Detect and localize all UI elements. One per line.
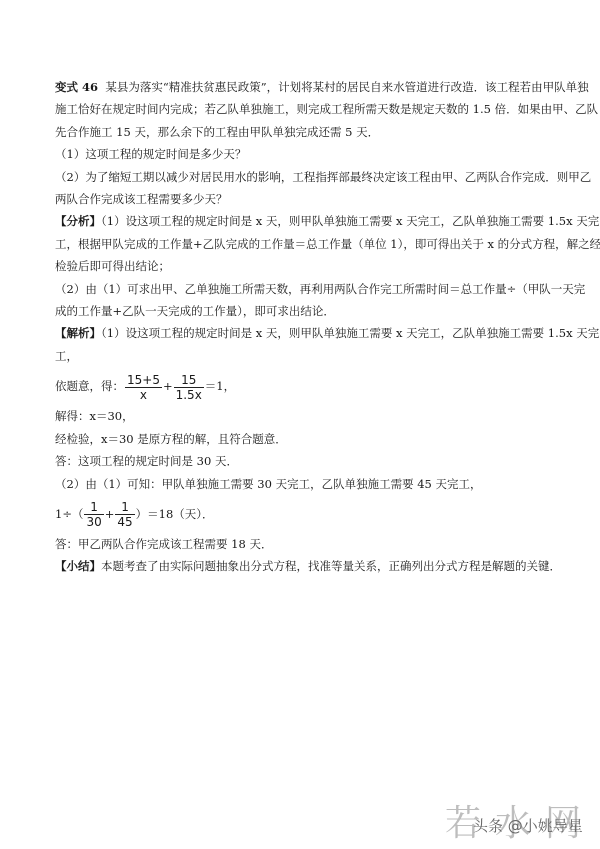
document-page: 变式 46 某县为落实“精准扶贫惠民政策”，计划将某村的居民自来水管道进行改造．…: [55, 76, 555, 578]
problem-line-3: 先合作施工 15 天，那么余下的工程由甲队单独完成还需 5 天．: [55, 121, 555, 143]
analysis-line-2: 工，根据甲队完成的工作量+乙队完成的工作量＝总工作量（单位 1），即可得出关于 …: [55, 233, 555, 255]
fraction: 145: [115, 500, 134, 529]
analysis-line-5: 成的工作量+乙队一天完成的工作量），即可求出结论．: [55, 300, 555, 322]
question-1: （1）这项工程的规定时间是多少天？: [55, 143, 555, 165]
watermark-author: 头条 @小姚导星: [473, 815, 583, 836]
fraction: 15+5x: [125, 373, 162, 402]
problem-line-2: 施工恰好在规定时间内完成；若乙队单独施工，则完成工程所需天数是规定天数的 1.5…: [55, 98, 555, 120]
question-2-line-2: 两队合作完成该工程需要多少天？: [55, 188, 555, 210]
analysis-line-4: （2）由（1）可求出甲、乙单独施工所需天数，再利用两队合作完工所需时间＝总工作量…: [55, 278, 555, 300]
equation-2: 1÷（130+145）＝18（天）．: [55, 495, 555, 533]
summary-line: 【小结】本题考查了由实际问题抽象出分式方程，找准等量关系，正确列出分式方程是解题…: [55, 555, 555, 577]
solve-line: 解得：x＝30，: [55, 405, 555, 427]
analysis-line-1: 【分析】（1）设这项工程的规定时间是 x 天，则甲队单独施工需要 x 天完工，乙…: [55, 210, 555, 232]
problem-line-1: 变式 46 某县为落实“精准扶贫惠民政策”，计划将某村的居民自来水管道进行改造．…: [55, 76, 555, 98]
fraction: 130: [84, 500, 103, 529]
equation-1: 依题意，得：15+5x+151.5x＝1，: [55, 367, 555, 405]
analysis-tag: 【分析】: [55, 214, 101, 228]
check-line: 经检验，x＝30 是原方程的解，且符合题意．: [55, 428, 555, 450]
problem-label: 变式 46: [55, 80, 98, 94]
solution-tag: 【解析】: [55, 326, 101, 340]
solution-line-1: 【解析】（1）设这项工程的规定时间是 x 天，则甲队单独施工需要 x 天完工，乙…: [55, 322, 555, 344]
watermark: 若水网 头条 @小姚导星: [445, 795, 595, 845]
question-2-line-1: （2）为了缩短工期以减少对居民用水的影响，工程指挥部最终决定该工程由甲、乙两队合…: [55, 166, 555, 188]
answer-1: 答：这项工程的规定时间是 30 天．: [55, 450, 555, 472]
answer-2: 答：甲乙两队合作完成该工程需要 18 天．: [55, 533, 555, 555]
solution-line-2: 工，: [55, 345, 555, 367]
analysis-line-3: 检验后即可得出结论；: [55, 255, 555, 277]
summary-tag: 【小结】: [55, 559, 101, 573]
part-2-line: （2）由（1）可知：甲队单独施工需要 30 天完工，乙队单独施工需要 45 天完…: [55, 473, 555, 495]
fraction: 151.5x: [174, 373, 204, 402]
